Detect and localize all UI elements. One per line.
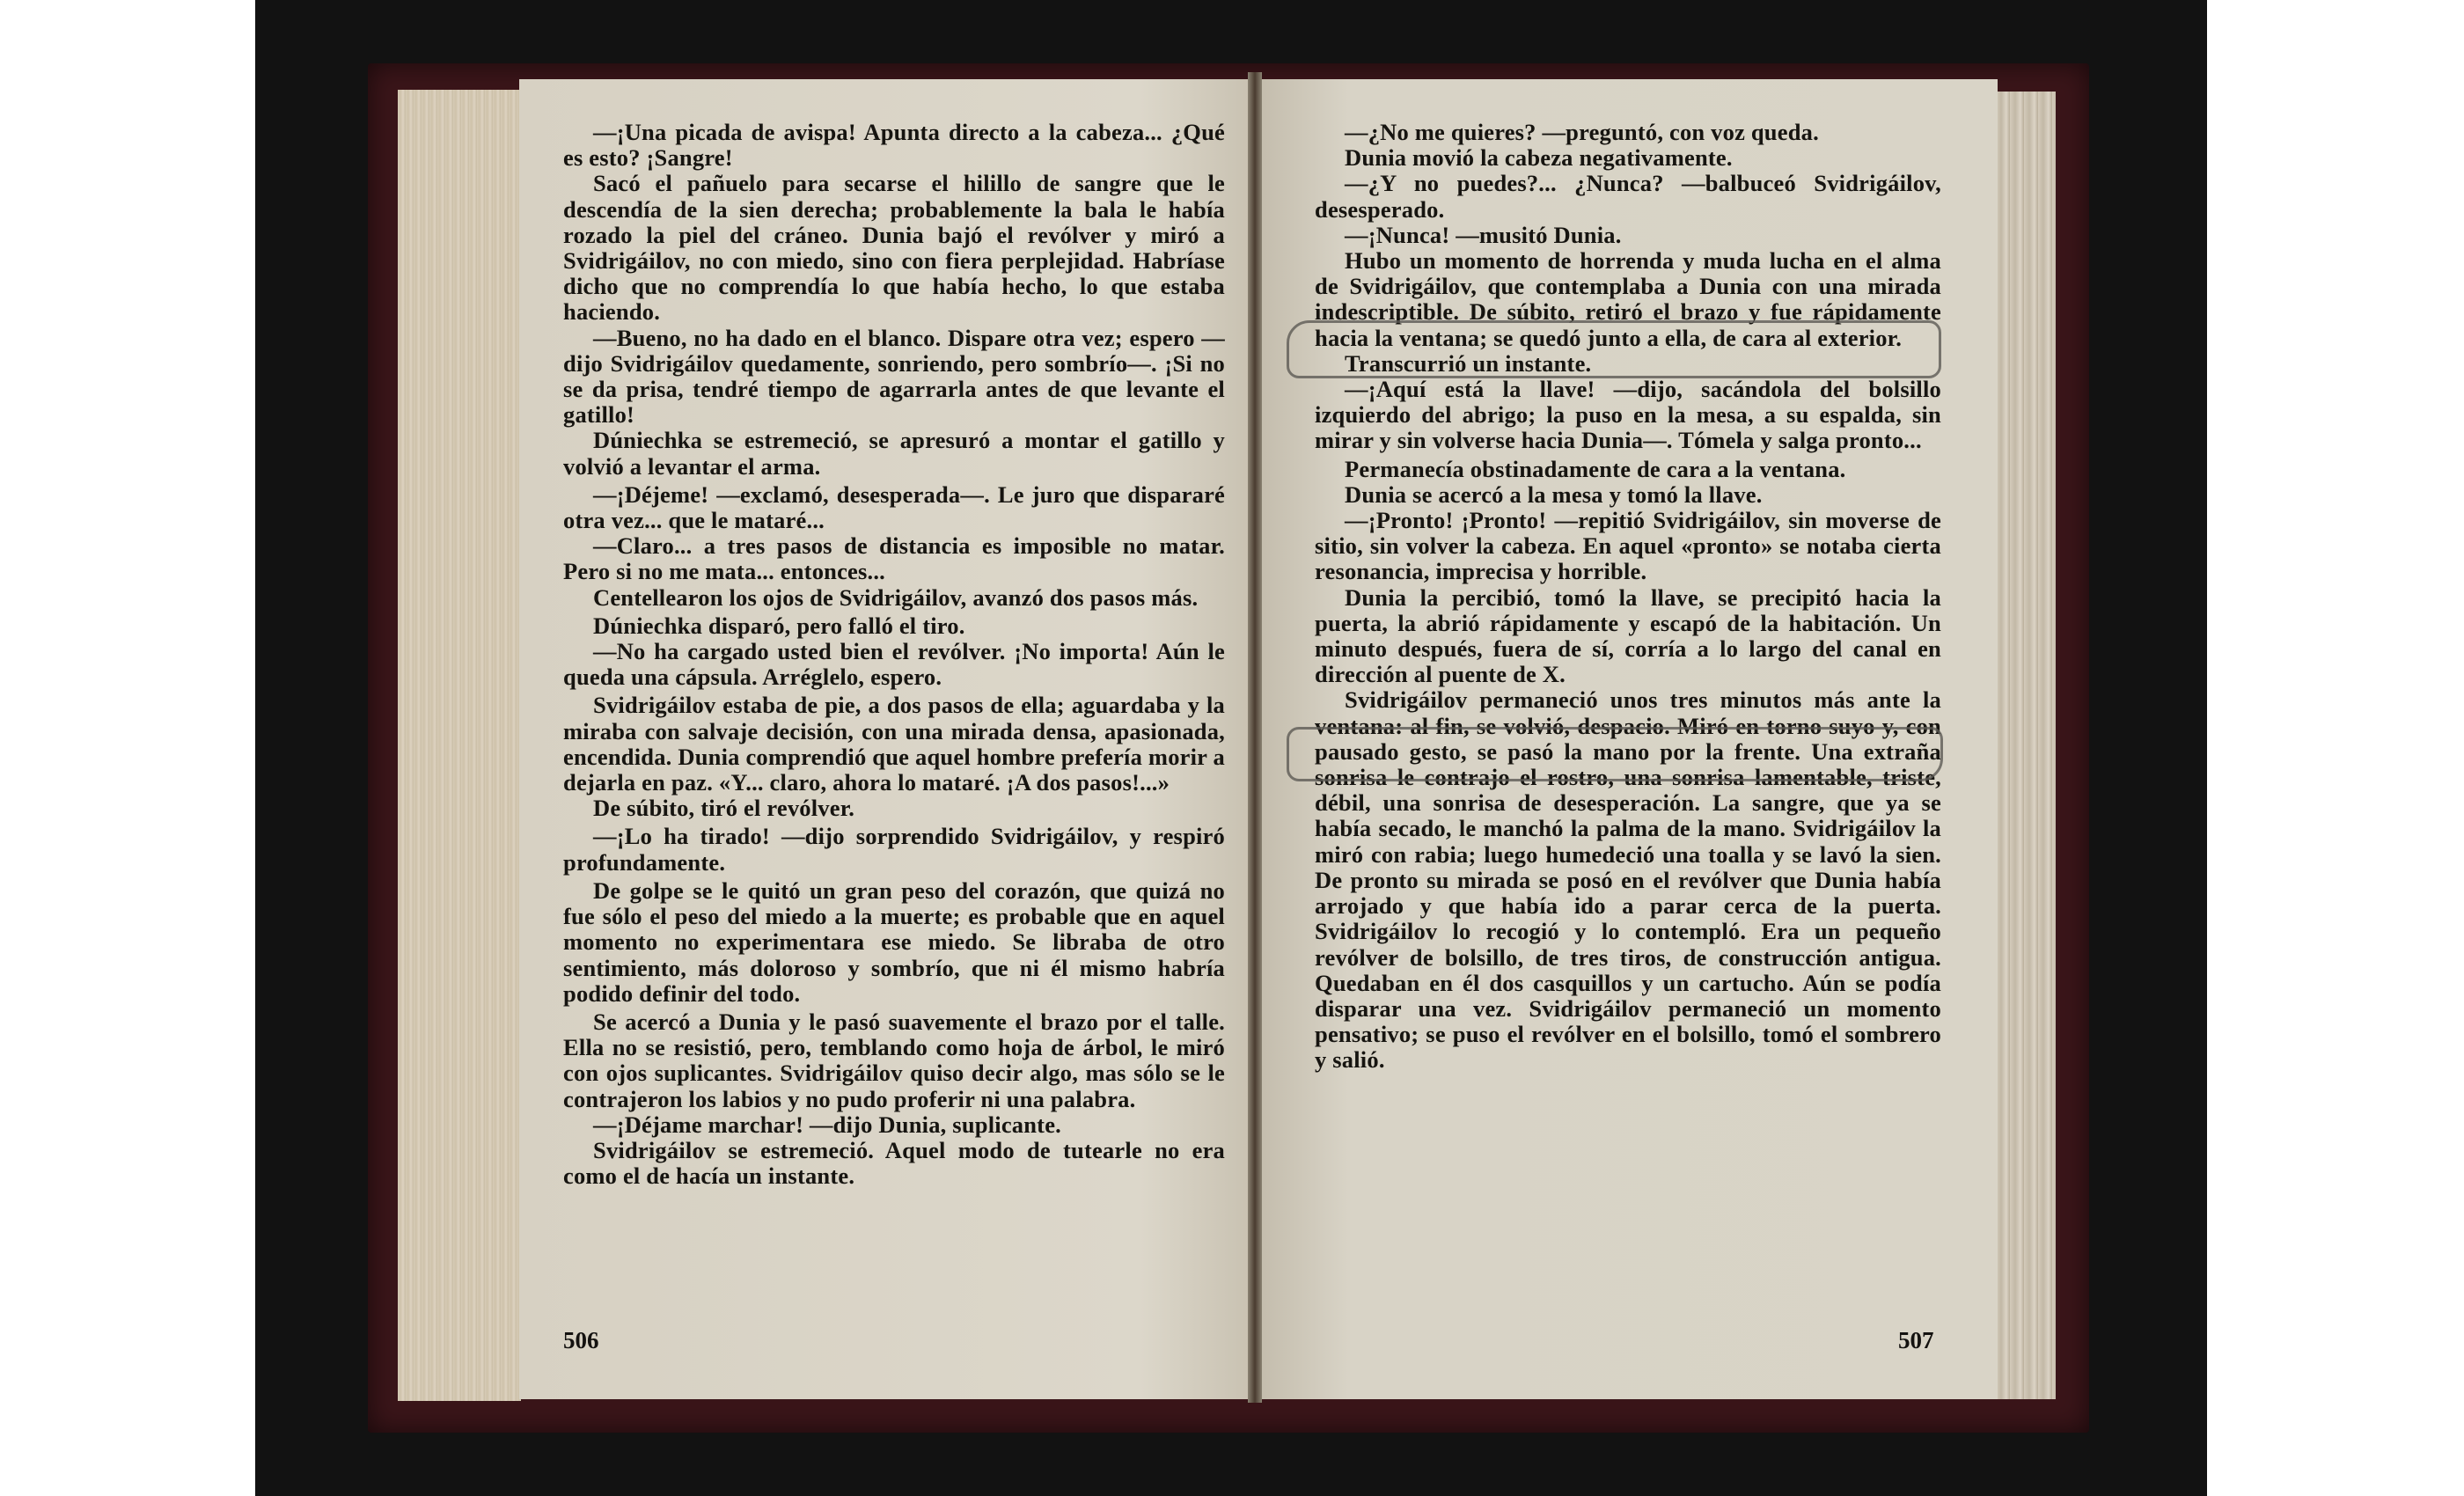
paragraph: De golpe se le quitó un gran peso del co…: [563, 878, 1225, 1007]
paragraph: Dúniechka se estremeció, se apresuró a m…: [563, 428, 1225, 479]
paragraph: —No ha cargado usted bien el revólver. ¡…: [563, 639, 1225, 690]
right-page-text: —¿No me quieres? —preguntó, con voz qued…: [1315, 120, 1941, 1074]
paragraph: —Claro... a tres pasos de distancia es i…: [563, 533, 1225, 584]
paragraph: —¡Déjame marchar! —dijo Dunia, suplicant…: [563, 1112, 1225, 1138]
pencil-circle-mark: [1287, 320, 1941, 378]
left-page-text: —¡Una picada de avispa! Apunta directo a…: [563, 120, 1225, 1189]
paragraph: —¿Y no puedes?... ¿Nunca? —balbuceó Svid…: [1315, 171, 1941, 222]
paragraph: Dunia se acercó a la mesa y tomó la llav…: [1315, 482, 1941, 508]
paragraph: Sacó el pañuelo para secarse el hilillo …: [563, 171, 1225, 325]
paragraph: Dunia movió la cabeza negativamente.: [1315, 145, 1941, 171]
paragraph: —¡Pronto! ¡Pronto! —repitió Svidrigáilov…: [1315, 508, 1941, 585]
paragraph: Dúniechka disparó, pero falló el tiro.: [563, 613, 1225, 639]
paragraph: Se acercó a Dunia y le pasó suavemente e…: [563, 1009, 1225, 1112]
paragraph: —¡Aquí está la llave! —dijo, sacándola d…: [1315, 377, 1941, 454]
book-gutter: [1248, 72, 1262, 1403]
paragraph: Svidrigáilov se estremeció. Aquel modo d…: [563, 1138, 1225, 1189]
paragraph: Svidrigáilov estaba de pie, a dos pasos …: [563, 693, 1225, 796]
paragraph: —¡Déjeme! —exclamó, desesperada—. Le jur…: [563, 482, 1225, 533]
page-edges-right: [1996, 92, 2056, 1399]
page-number-left: 506: [563, 1327, 599, 1354]
pencil-circle-mark: [1287, 727, 1943, 781]
paragraph: Centellearon los ojos de Svidrigáilov, a…: [563, 585, 1225, 611]
paragraph: —¡Lo ha tirado! —dijo sorprendido Svidri…: [563, 824, 1225, 875]
page-number-right: 507: [1898, 1327, 1934, 1354]
paragraph: —Bueno, no ha dado en el blanco. Dispare…: [563, 326, 1225, 429]
paragraph: —¿No me quieres? —preguntó, con voz qued…: [1315, 120, 1941, 145]
paragraph: De súbito, tiró el revólver.: [563, 796, 1225, 821]
paragraph: Permanecía obstinadamente de cara a la v…: [1315, 457, 1941, 482]
paragraph: —¡Una picada de avispa! Apunta directo a…: [563, 120, 1225, 171]
paragraph: Dunia la percibió, tomó la llave, se pre…: [1315, 585, 1941, 688]
page-edges-left: [398, 90, 521, 1401]
paragraph: —¡Nunca! —musitó Dunia.: [1315, 223, 1941, 248]
